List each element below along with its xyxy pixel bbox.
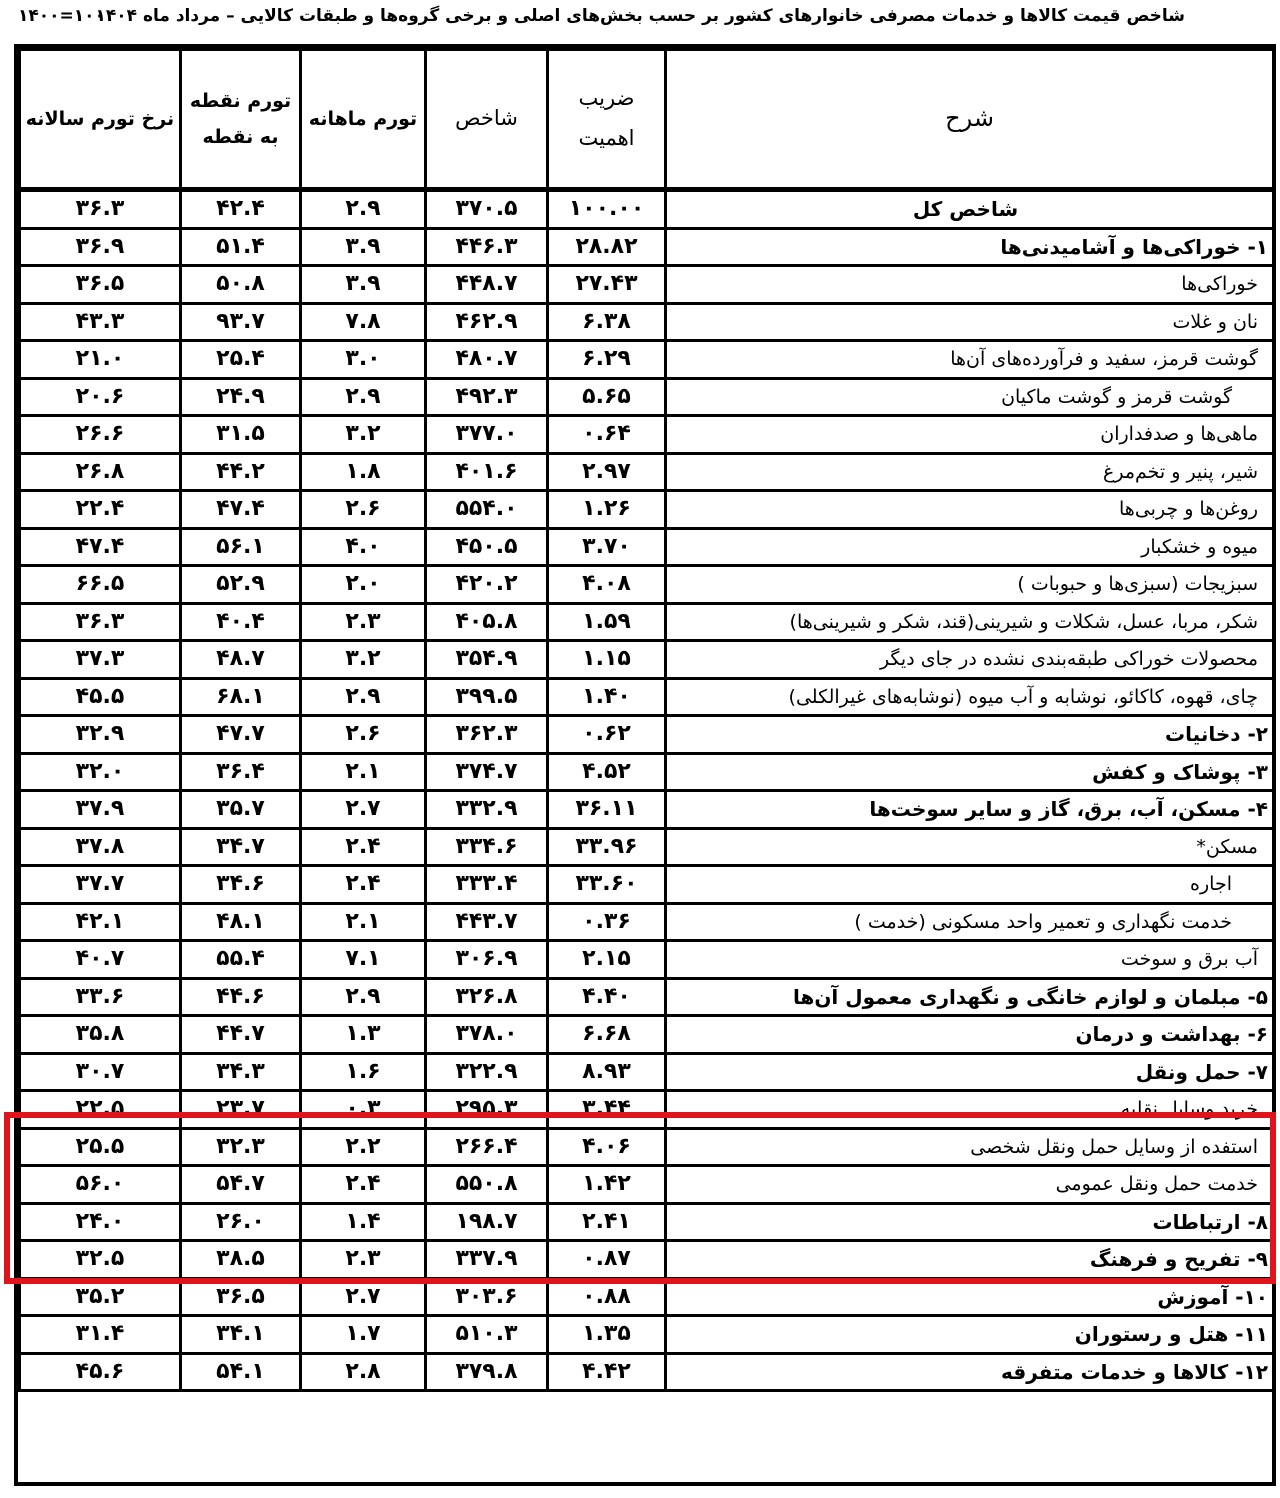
row-weight: ۱.۴۰ [548,678,666,716]
row-annual-rate: ۲۲.۵ [20,1091,181,1129]
row-description: ۴- مسکن، آب، برق، گاز و سایر سوخت‌ها [666,791,1274,829]
row-point-to-point: ۲۵.۴ [181,341,301,379]
row-annual-rate: ۶۶.۵ [20,566,181,604]
table-row: ۷- حمل ونقل۸.۹۳۳۲۲.۹۱.۶۳۴.۳۳۰.۷ [20,1053,1274,1091]
row-monthly-inflation: ۱.۷ [301,1316,426,1354]
row-monthly-inflation: ۳.۲ [301,416,426,454]
row-index: ۳۹۹.۵ [426,678,548,716]
row-index: ۴۵۰.۵ [426,528,548,566]
row-weight: ۲.۱۵ [548,941,666,979]
row-monthly-inflation: ۱.۶ [301,1053,426,1091]
table-row: روغن‌ها و چربی‌ها۱.۲۶۵۵۴.۰۲.۶۴۷.۴۲۲.۴ [20,491,1274,529]
row-point-to-point: ۶۸.۱ [181,678,301,716]
row-description: ۵- مبلمان و لوازم خانگی و نگهداری معمول … [666,978,1274,1016]
row-monthly-inflation: ۱.۳ [301,1016,426,1054]
row-point-to-point: ۳۴.۷ [181,828,301,866]
table-row: شکر، مربا، عسل، شکلات و شیرینی(قند، شکر … [20,603,1274,641]
row-monthly-inflation: ۲.۶ [301,491,426,529]
row-index: ۳۷۷.۰ [426,416,548,454]
table-row: سبزیجات (سبزی‌ها و حبوبات )۴.۰۸۴۲۰.۲۲.۰۵… [20,566,1274,604]
row-weight: ۱.۴۲ [548,1166,666,1204]
table-row: ۱۱- هتل و رستوران۱.۳۵۵۱۰.۳۱.۷۳۴.۱۳۱.۴ [20,1316,1274,1354]
table-row: شاخص کل۱۰۰.۰۰۳۷۰.۵۲.۹۴۲.۴۳۶.۳ [20,190,1274,229]
row-monthly-inflation: ۲.۴ [301,866,426,904]
row-point-to-point: ۹۳.۷ [181,303,301,341]
row-annual-rate: ۳۱.۴ [20,1316,181,1354]
table-row: ۵- مبلمان و لوازم خانگی و نگهداری معمول … [20,978,1274,1016]
row-annual-rate: ۳۲.۰ [20,753,181,791]
row-point-to-point: ۳۶.۴ [181,753,301,791]
row-index: ۳۰۶.۹ [426,941,548,979]
row-annual-rate: ۵۶.۰ [20,1166,181,1204]
row-weight: ۳.۴۴ [548,1091,666,1129]
row-description: شیر، پنیر و تخم‌مرغ [666,453,1274,491]
row-monthly-inflation: ۲.۹ [301,678,426,716]
row-description: ۶- بهداشت و درمان [666,1016,1274,1054]
row-description: محصولات خوراکی طبقه‌بندی نشده در جای دیگ… [666,641,1274,679]
row-description: ۳- پوشاک و کفش [666,753,1274,791]
row-description: گوشت قرمز و گوشت ماکیان [666,378,1274,416]
row-weight: ۲.۹۷ [548,453,666,491]
row-description: روغن‌ها و چربی‌ها [666,491,1274,529]
row-annual-rate: ۴۵.۶ [20,1353,181,1391]
row-weight: ۳۳.۶۰ [548,866,666,904]
row-monthly-inflation: ۲.۳ [301,603,426,641]
row-description: شکر، مربا، عسل، شکلات و شیرینی(قند، شکر … [666,603,1274,641]
row-index: ۵۱۰.۳ [426,1316,548,1354]
row-annual-rate: ۳۶.۳ [20,603,181,641]
row-monthly-inflation: ۳.۹ [301,266,426,304]
row-annual-rate: ۳۰.۷ [20,1053,181,1091]
table-row: ۶- بهداشت و درمان۶.۶۸۳۷۸.۰۱.۳۴۴.۷۳۵.۸ [20,1016,1274,1054]
col-header-description: شرح [666,50,1274,190]
table-row: آب برق و سوخت۲.۱۵۳۰۶.۹۷.۱۵۵.۴۴۰.۷ [20,941,1274,979]
row-weight: ۰.۸۸ [548,1278,666,1316]
row-annual-rate: ۲۰.۶ [20,378,181,416]
row-index: ۳۵۴.۹ [426,641,548,679]
row-weight: ۱۰۰.۰۰ [548,190,666,229]
row-weight: ۴.۴۰ [548,978,666,1016]
row-index: ۲۶۶.۴ [426,1128,548,1166]
row-index: ۳۷۹.۸ [426,1353,548,1391]
row-point-to-point: ۵۰.۸ [181,266,301,304]
row-annual-rate: ۴۳.۳ [20,303,181,341]
row-index: ۳۲۶.۸ [426,978,548,1016]
row-weight: ۱.۲۶ [548,491,666,529]
row-point-to-point: ۵۱.۴ [181,228,301,266]
row-weight: ۰.۳۶ [548,903,666,941]
table-row: ۹- تفریح و فرهنگ۰.۸۷۳۳۷.۹۲.۳۳۸.۵۳۲.۵ [20,1241,1274,1279]
row-weight: ۸.۹۳ [548,1053,666,1091]
row-annual-rate: ۲۴.۰ [20,1203,181,1241]
row-index: ۳۳۳.۴ [426,866,548,904]
table-row: ۱۲- کالاها و خدمات متفرقه۴.۴۲۳۷۹.۸۲.۸۵۴.… [20,1353,1274,1391]
row-annual-rate: ۴۵.۵ [20,678,181,716]
row-weight: ۲۷.۴۳ [548,266,666,304]
row-point-to-point: ۳۸.۵ [181,1241,301,1279]
row-point-to-point: ۳۴.۳ [181,1053,301,1091]
row-point-to-point: ۵۵.۴ [181,941,301,979]
row-annual-rate: ۲۲.۴ [20,491,181,529]
row-description: شاخص کل [666,190,1274,229]
row-index: ۳۷۴.۷ [426,753,548,791]
row-point-to-point: ۲۶.۰ [181,1203,301,1241]
row-weight: ۲.۴۱ [548,1203,666,1241]
row-description: ۱۰- آموزش [666,1278,1274,1316]
col-header-annual-rate: نرخ تورم سالانه [20,50,181,190]
row-annual-rate: ۳۲.۹ [20,716,181,754]
row-point-to-point: ۵۲.۹ [181,566,301,604]
table-row: میوه و خشکبار۳.۷۰۴۵۰.۵۴.۰۵۶.۱۴۷.۴ [20,528,1274,566]
col-header-monthly-inflation: تورم ماهانه [301,50,426,190]
row-point-to-point: ۴۴.۷ [181,1016,301,1054]
table-row: گوشت قرمز و گوشت ماکیان۵.۶۵۴۹۲.۳۲.۹۲۴.۹۲… [20,378,1274,416]
row-monthly-inflation: ۰.۳ [301,1091,426,1129]
row-point-to-point: ۴۸.۷ [181,641,301,679]
row-annual-rate: ۳۵.۸ [20,1016,181,1054]
table-body: شاخص کل۱۰۰.۰۰۳۷۰.۵۲.۹۴۲.۴۳۶.۳۱- خوراکی‌ه… [20,190,1274,1391]
table-row: شیر، پنیر و تخم‌مرغ۲.۹۷۴۰۱.۶۱.۸۴۴.۲۲۶.۸ [20,453,1274,491]
row-weight: ۵.۶۵ [548,378,666,416]
row-monthly-inflation: ۷.۸ [301,303,426,341]
table-row: گوشت قرمز، سفید و فرآورده‌های آن‌ها۶.۲۹۴… [20,341,1274,379]
row-annual-rate: ۳۶.۳ [20,190,181,229]
col-header-point-to-point: تورم نقطه به نقطه [181,50,301,190]
row-annual-rate: ۳۷.۳ [20,641,181,679]
row-weight: ۶.۶۸ [548,1016,666,1054]
table-row: ماهی‌ها و صدفداران۰.۶۴۳۷۷.۰۳.۲۳۱.۵۲۶.۶ [20,416,1274,454]
row-index: ۴۸۰.۷ [426,341,548,379]
row-point-to-point: ۳۱.۵ [181,416,301,454]
row-description: نان و غلات [666,303,1274,341]
row-index: ۴۴۳.۷ [426,903,548,941]
row-monthly-inflation: ۲.۲ [301,1128,426,1166]
row-weight: ۶.۲۹ [548,341,666,379]
row-index: ۳۷۰.۵ [426,190,548,229]
row-index: ۳۰۳.۶ [426,1278,548,1316]
row-weight: ۰.۶۴ [548,416,666,454]
table-row: خدمت حمل ونقل عمومی۱.۴۲۵۵۰.۸۲.۴۵۴.۷۵۶.۰ [20,1166,1274,1204]
table-row: اجاره۳۳.۶۰۳۳۳.۴۲.۴۳۴.۶۳۷.۷ [20,866,1274,904]
row-description: سبزیجات (سبزی‌ها و حبوبات ) [666,566,1274,604]
row-point-to-point: ۳۲.۳ [181,1128,301,1166]
table-row: استفده از وسایل حمل ونقل شخصی۴.۰۶۲۶۶.۴۲.… [20,1128,1274,1166]
row-monthly-inflation: ۲.۸ [301,1353,426,1391]
row-weight: ۱.۵۹ [548,603,666,641]
row-point-to-point: ۴۷.۴ [181,491,301,529]
row-index: ۳۳۷.۹ [426,1241,548,1279]
row-index: ۴۶۲.۹ [426,303,548,341]
row-annual-rate: ۳۶.۵ [20,266,181,304]
row-point-to-point: ۴۴.۶ [181,978,301,1016]
row-index: ۴۲۰.۲ [426,566,548,604]
row-weight: ۳.۷۰ [548,528,666,566]
row-annual-rate: ۳۷.۸ [20,828,181,866]
row-weight: ۱.۳۵ [548,1316,666,1354]
row-monthly-inflation: ۳.۹ [301,228,426,266]
row-description: آب برق و سوخت [666,941,1274,979]
table-row: چای، قهوه، کاکائو، نوشابه و آب میوه (نوش… [20,678,1274,716]
row-weight: ۴.۰۸ [548,566,666,604]
row-description: میوه و خشکبار [666,528,1274,566]
row-annual-rate: ۴۷.۴ [20,528,181,566]
row-index: ۱۹۸.۷ [426,1203,548,1241]
row-index: ۵۵۴.۰ [426,491,548,529]
row-index: ۴۹۲.۳ [426,378,548,416]
row-monthly-inflation: ۷.۱ [301,941,426,979]
row-description: ۲- دخانیات [666,716,1274,754]
row-weight: ۲۸.۸۲ [548,228,666,266]
row-description: ماهی‌ها و صدفداران [666,416,1274,454]
col-header-index: شاخص [426,50,548,190]
table-row: خدمت نگهداری و تعمیر واحد مسکونی (خدمت )… [20,903,1274,941]
row-annual-rate: ۳۲.۵ [20,1241,181,1279]
row-description: ۱- خوراکی‌ها و آشامیدنی‌ها [666,228,1274,266]
row-index: ۳۳۲.۹ [426,791,548,829]
row-point-to-point: ۵۶.۱ [181,528,301,566]
row-annual-rate: ۳۷.۷ [20,866,181,904]
row-description: خدمت نگهداری و تعمیر واحد مسکونی (خدمت ) [666,903,1274,941]
table-row: ۱- خوراکی‌ها و آشامیدنی‌ها۲۸.۸۲۴۴۶.۳۳.۹۵… [20,228,1274,266]
row-description: اجاره [666,866,1274,904]
row-monthly-inflation: ۲.۴ [301,828,426,866]
row-weight: ۰.۶۲ [548,716,666,754]
row-description: ۱۱- هتل و رستوران [666,1316,1274,1354]
row-point-to-point: ۲۴.۹ [181,378,301,416]
row-point-to-point: ۳۴.۶ [181,866,301,904]
row-point-to-point: ۳۶.۵ [181,1278,301,1316]
table-row: ۲- دخانیات۰.۶۲۳۶۲.۳۲.۶۴۷.۷۳۲.۹ [20,716,1274,754]
row-point-to-point: ۲۳.۷ [181,1091,301,1129]
row-description: ۷- حمل ونقل [666,1053,1274,1091]
row-weight: ۴.۰۶ [548,1128,666,1166]
row-weight: ۳۶.۱۱ [548,791,666,829]
row-description: خدمت حمل ونقل عمومی [666,1166,1274,1204]
row-monthly-inflation: ۳.۰ [301,341,426,379]
row-annual-rate: ۲۶.۶ [20,416,181,454]
row-monthly-inflation: ۲.۷ [301,1278,426,1316]
table-row: خرید وسایل نقلیه۳.۴۴۲۹۵.۳۰.۳۲۳.۷۲۲.۵ [20,1091,1274,1129]
row-index: ۴۴۶.۳ [426,228,548,266]
row-annual-rate: ۳۵.۲ [20,1278,181,1316]
row-monthly-inflation: ۲.۱ [301,903,426,941]
row-description: خرید وسایل نقلیه [666,1091,1274,1129]
row-annual-rate: ۲۶.۸ [20,453,181,491]
row-description: ۹- تفریح و فرهنگ [666,1241,1274,1279]
table-row: ۸- ارتباطات۲.۴۱۱۹۸.۷۱.۴۲۶.۰۲۴.۰ [20,1203,1274,1241]
row-weight: ۳۳.۹۶ [548,828,666,866]
row-description: خوراکی‌ها [666,266,1274,304]
row-monthly-inflation: ۱.۸ [301,453,426,491]
row-point-to-point: ۳۵.۷ [181,791,301,829]
row-point-to-point: ۴۷.۷ [181,716,301,754]
row-point-to-point: ۵۴.۷ [181,1166,301,1204]
row-monthly-inflation: ۲.۳ [301,1241,426,1279]
row-weight: ۰.۸۷ [548,1241,666,1279]
table-row: خوراکی‌ها۲۷.۴۳۴۴۸.۷۳.۹۵۰.۸۳۶.۵ [20,266,1274,304]
table-row: ۱۰- آموزش۰.۸۸۳۰۳.۶۲.۷۳۶.۵۳۵.۲ [20,1278,1274,1316]
row-description: ۱۲- کالاها و خدمات متفرقه [666,1353,1274,1391]
row-description: چای، قهوه، کاکائو، نوشابه و آب میوه (نوش… [666,678,1274,716]
row-index: ۴۰۱.۶ [426,453,548,491]
row-weight: ۱.۱۵ [548,641,666,679]
row-index: ۳۲۲.۹ [426,1053,548,1091]
col-header-weight: ضریب اهمیت [548,50,666,190]
row-description: مسکن* [666,828,1274,866]
row-index: ۲۹۵.۳ [426,1091,548,1129]
row-weight: ۴.۵۲ [548,753,666,791]
row-monthly-inflation: ۴.۰ [301,528,426,566]
table-header-row: شرح ضریب اهمیت شاخص تورم ماهانه تورم نقط… [20,50,1274,190]
table-title: شاخص قیمت کالاها و خدمات مصرفی خانوارهای… [96,6,1185,26]
row-description: گوشت قرمز، سفید و فرآورده‌های آن‌ها [666,341,1274,379]
row-point-to-point: ۵۴.۱ [181,1353,301,1391]
row-point-to-point: ۴۸.۱ [181,903,301,941]
row-point-to-point: ۴۲.۴ [181,190,301,229]
table-row: محصولات خوراکی طبقه‌بندی نشده در جای دیگ… [20,641,1274,679]
row-index: ۵۵۰.۸ [426,1166,548,1204]
row-annual-rate: ۲۵.۵ [20,1128,181,1166]
row-point-to-point: ۳۴.۱ [181,1316,301,1354]
row-annual-rate: ۴۰.۷ [20,941,181,979]
row-monthly-inflation: ۲.۹ [301,378,426,416]
row-annual-rate: ۴۲.۱ [20,903,181,941]
row-annual-rate: ۳۷.۹ [20,791,181,829]
table-row: ۳- پوشاک و کفش۴.۵۲۳۷۴.۷۲.۱۳۶.۴۳۲.۰ [20,753,1274,791]
row-monthly-inflation: ۳.۲ [301,641,426,679]
row-index: ۳۷۸.۰ [426,1016,548,1054]
row-description: استفده از وسایل حمل ونقل شخصی [666,1128,1274,1166]
row-weight: ۴.۴۲ [548,1353,666,1391]
base-year-label: ۱۰۰=۱۴۰۰ [18,6,105,26]
row-monthly-inflation: ۲.۷ [301,791,426,829]
table-row: نان و غلات۶.۳۸۴۶۲.۹۷.۸۹۳.۷۴۳.۳ [20,303,1274,341]
row-point-to-point: ۴۴.۲ [181,453,301,491]
row-description: ۸- ارتباطات [666,1203,1274,1241]
row-monthly-inflation: ۲.۰ [301,566,426,604]
row-index: ۳۳۴.۶ [426,828,548,866]
page-header: شاخص قیمت کالاها و خدمات مصرفی خانوارهای… [0,0,1280,40]
row-annual-rate: ۳۳.۶ [20,978,181,1016]
row-monthly-inflation: ۲.۹ [301,190,426,229]
row-annual-rate: ۲۱.۰ [20,341,181,379]
row-index: ۴۰۵.۸ [426,603,548,641]
row-monthly-inflation: ۲.۱ [301,753,426,791]
row-point-to-point: ۴۰.۴ [181,603,301,641]
row-index: ۴۴۸.۷ [426,266,548,304]
row-monthly-inflation: ۲.۴ [301,1166,426,1204]
row-monthly-inflation: ۱.۴ [301,1203,426,1241]
row-index: ۳۶۲.۳ [426,716,548,754]
table-row: ۴- مسکن، آب، برق، گاز و سایر سوخت‌ها۳۶.۱… [20,791,1274,829]
row-monthly-inflation: ۲.۹ [301,978,426,1016]
row-monthly-inflation: ۲.۶ [301,716,426,754]
row-weight: ۶.۳۸ [548,303,666,341]
cpi-table: شرح ضریب اهمیت شاخص تورم ماهانه تورم نقط… [18,48,1275,1392]
cpi-table-container: شرح ضریب اهمیت شاخص تورم ماهانه تورم نقط… [14,44,1276,1486]
table-row: مسکن*۳۳.۹۶۳۳۴.۶۲.۴۳۴.۷۳۷.۸ [20,828,1274,866]
row-annual-rate: ۳۶.۹ [20,228,181,266]
